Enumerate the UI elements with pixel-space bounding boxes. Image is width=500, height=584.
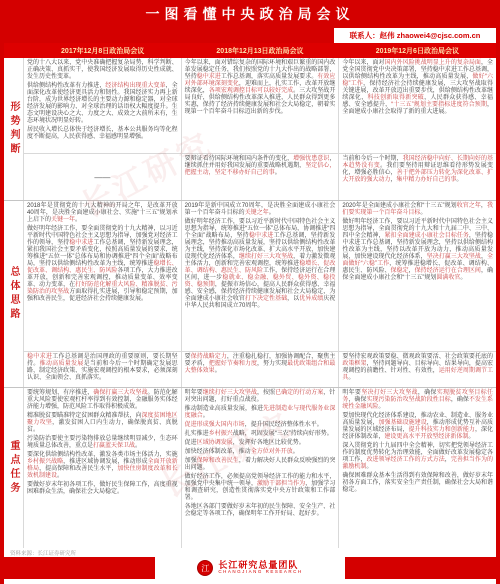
paragraph: 深入贯彻党的十九届四中全会精神，切实把党领导经济工作的制度优势转化为治理效能，全… [342, 443, 493, 471]
cell-approach-2019: 2020年是全面建成小康社会和“十三五”规划收官之年，我们要实现第一个百年奋斗目… [339, 201, 496, 387]
cell-tasks-2019: 明年要坚决打好三大攻坚战，确保实现脱贫攻坚目标任务，确保实现污染防治攻坚战阶段性… [339, 388, 496, 548]
cell-tasks-2018: 明年要继续打好三大攻坚战，按照已确定的行动方案，针对突出问题，打好重点战役。推动… [182, 388, 340, 548]
cell-main-text: 今年以来，面对错综复杂的国际环境和艰巨繁重的国内改革发展稳定任务，我们按照党的十… [182, 58, 339, 153]
cell-main-text: 明年要坚决打好三大攻坚战，确保实现脱贫攻坚目标任务，确保实现污染防治攻坚战阶段性… [339, 388, 496, 497]
paragraph: 2019年是新中国成立70周年，是决胜全面建成小康社会第一个百年奋斗目标的关键之… [185, 203, 336, 217]
cell-sub-text: 当前和今后一个时期，我国经济稳中向好、长期向好的基本趋势没有变。我们要坚持用辩证… [339, 153, 496, 200]
paragraph: 各地区各部门要做好岁末年初的民生保障、安全生产、社会稳定等各项工作，确保明年工作… [185, 504, 336, 518]
paragraph: 做好经济工作，必须提高党领导经济工作的能力和水平，加强党中央集中统一领导，激励干… [185, 474, 336, 502]
cell-main-text: 要统筹规划、有序推进，确保打赢三大攻坚战。防范化解重大风险要使宏观杠杆率得到有效… [24, 388, 181, 499]
cell-main-text: 党的十八大以来，党中央准确把握复杂局势，科学判断、正确决策、真抓实干，使我国经济… [24, 58, 181, 153]
cell-tasks-2017: 要统筹规划、有序推进，确保打赢三大攻坚战。防范化解重大风险要使宏观杠杆率得到有效… [24, 388, 182, 548]
paragraph: 精准脱贫要瞄准特定贫困群众精准帮扶，向深度贫困地区聚力攻坚，激发贫困人口内生动力… [27, 413, 178, 434]
paragraph: 促进区域协调发展，发挥好各地区比较优势。 [185, 440, 336, 447]
paragraph: 推动制造业高质量发展，推进先进制造业与现代服务业深度融合。 [185, 406, 336, 420]
paragraph: 稳中求进工作总基调是治国理政的重要原则，要长期坚持。推动高质量发展是当前和今后一… [27, 354, 178, 382]
contact-bar: 联系人：赵伟 zhaowei4@cjsc.com.cn [4, 28, 496, 43]
contact-info: 联系人：赵伟 zhaowei4@cjsc.com.cn [334, 28, 496, 43]
row-situation: 形势判断 党的十八大以来，党中央准确把握复杂局势，科学判断、正确决策、真抓实干，… [4, 58, 496, 201]
paragraph: 居民收入增长总体快于经济增长，基本公共服务均等化程度不断提高，人民获得感、幸福感… [27, 127, 178, 141]
cell-main-text: 2019年是新中国成立70周年，是决胜全面建成小康社会第一个百年奋斗目标的关键之… [182, 201, 339, 351]
cell-situation-2018: 今年以来，面对错综复杂的国际环境和艰巨繁重的国内改革发展稳定任务，我们按照党的十… [182, 58, 340, 200]
cell-approach-2017: 2018年是贯彻党的十九大精神的开局之年，是改革开放40周年，是决胜全面建成小康… [24, 201, 182, 387]
cell-main-text: 2020年是全面建成小康社会和“十三五”规划收官之年，我们要实现第一个百年奋斗目… [339, 201, 496, 351]
paragraph: 做好明年经济工作，要全面贯彻党的十九大精神，以习近平新时代中国特色社会主义思想为… [27, 226, 178, 303]
paragraph: 当前和今后一个时期，我国经济稳中向好、长期向好的基本趋势没有变。我们要坚持用辩证… [342, 156, 493, 184]
cell-situation-2019: 今年以来，面对国内外风险挑战明显上升的复杂局面，全党全国贯彻党中央决策部署，坚持… [339, 58, 496, 200]
brand-name-en: CHANGJIANG RESEARCH [218, 570, 302, 575]
paragraph: 明年要坚决打好三大攻坚战，确保实现脱贫攻坚目标任务，确保实现污染防治攻坚战阶段性… [342, 390, 493, 411]
footer-red-left [4, 557, 155, 579]
row-key-tasks: 重点任务 要统筹规划、有序推进，确保打赢三大攻坚战。防范化解重大风险要使宏观杠杆… [4, 388, 496, 548]
red-filler [4, 28, 334, 43]
column-header-2019: 2019年12月6日政治局会议 [339, 43, 496, 58]
paragraph: 今年以来，面对错综复杂的国际环境和艰巨繁重的国内改革发展稳定任务，我们按照党的十… [185, 60, 336, 116]
paragraph: 党的十八大以来，党中央准确把握复杂局势，科学判断、正确决策、真抓实干，使我国经济… [27, 60, 178, 81]
paragraph: 2020年是全面建成小康社会和“十三五”规划收官之年，我们要实现第一个百年奋斗目… [342, 203, 493, 217]
changjiang-emblem-icon: 江 [197, 560, 213, 576]
row-overall-approach: 总体思路 2018年是贯彻党的十九大精神的开局之年，是改革开放40周年，是决胜全… [4, 201, 496, 388]
cell-sub-text: 要保持战略定力，注重稳扎稳打，加强协调配合，聚焦主要矛盾，把握好节奏和力度，努力… [182, 351, 339, 387]
paragraph: 做好明年经济工作，要以习近平新时代中国特色社会主义思想为指导，统筹推进“五位一体… [185, 219, 336, 310]
paragraph: 扎实推进乡村振兴战略，巩固发展“三农”持续向好形势。 [185, 431, 336, 438]
brand-logo: 江 长江研究总量团队 CHANGJIANG RESEARCH [155, 557, 345, 579]
paragraph: 加快经济体制改革，推动全方位对外开放。 [185, 449, 336, 456]
paragraph: 供给侧结构性改革有力推进，经济结构出现重大变革，全面深化改革使经济更具活力和韧性… [27, 83, 178, 125]
cell-sub-text: 要坚持宏观政策要稳、微观政策要活、社会政策要托底的政策框架，坚持问题导向、目标导… [339, 351, 496, 387]
column-header-2017: 2017年12月8日政治局会议 [24, 43, 181, 58]
cell-sub-text: 要辩证看待国际环境和国内条件的变化，增强忧患意识，继续抓住并用好我国发展的重要战… [182, 153, 339, 200]
paragraph: 要做好岁末年初各项工作，做好民生保障工作，高度重视困难群众生活，确保社会大局稳定… [27, 482, 178, 496]
paragraph: 污染防治要使主要污染物排放总量继续明显减少，生态环境质量总体改善，重点是打赢蓝天… [27, 436, 178, 450]
paragraph: 确保困难群众基本生活得到有效保障和改善，做好岁末年初各方面工作，落实安全生产责任… [342, 473, 493, 494]
cell-sub-text: 稳中求进工作总基调是治国理政的重要原则，要长期坚持。推动高质量发展是当前和今后一… [24, 351, 181, 387]
label-column-spacer [4, 43, 24, 58]
paragraph: 要加快现代化经济体系建设，推动农业、制造业、服务业高质量发展，加强基础设施建设，… [342, 413, 493, 441]
paragraph: 促进形成强大国内市场，提升国民经济整体性水平。 [185, 422, 336, 429]
paragraph: 要辩证看待国际环境和国内条件的变化，增强忧患意识，继续抓住并用好我国发展的重要战… [185, 156, 336, 177]
paragraph: 做好明年经济工作，要以习近平新时代中国特色社会主义思想为指导，全面贯彻党的十九大… [342, 219, 493, 282]
paragraph: 今年以来，面对国内外风险挑战明显上升的复杂局面，全党全国贯彻党中央决策部署，坚持… [342, 60, 493, 116]
column-header-row: 2017年12月8日政治局会议 2018年12月13日政治局会议 2019年12… [4, 43, 496, 58]
paragraph: 要保持战略定力，注重稳扎稳打，加强协调配合，聚焦主要矛盾，把握好节奏和力度，努力… [185, 354, 336, 375]
row-label-key-tasks: 重点任务 [4, 388, 24, 548]
cell-main-text: 2018年是贯彻党的十九大精神的开局之年，是改革开放40周年，是决胜全面建成小康… [24, 201, 181, 351]
comparison-table: 形势判断 党的十八大以来，党中央准确把握复杂局势，科学判断、正确决策、真抓实干，… [4, 58, 496, 548]
paragraph: 加强保障和改善民生，着力解决好人民群众反映强烈的突出问题。 [185, 458, 336, 472]
cell-main-text: 明年要继续打好三大攻坚战，按照已确定的行动方案，针对突出问题，打好重点战役。推动… [182, 388, 339, 521]
column-header-2018: 2018年12月13日政治局会议 [181, 43, 338, 58]
infographic-page: 长江研究 长江研究 一图看懂中央政治局会议 联系人：赵伟 zhaowei4@cj… [0, 0, 500, 584]
paragraph: 要坚持宏观政策要稳、微观政策要活、社会政策要托底的政策框架，坚持问题导向、目标导… [342, 354, 493, 382]
cell-sub-dash: —— [24, 153, 181, 200]
paragraph: 明年要继续打好三大攻坚战，按照已确定的行动方案，针对突出问题，打好重点战役。 [185, 390, 336, 404]
cell-main-text: 今年以来，面对国内外风险挑战明显上升的复杂局面，全党全国贯彻党中央决策部署，坚持… [339, 58, 496, 153]
cell-situation-2017: 党的十八大以来，党中央准确把握复杂局势，科学判断、正确决策、真抓实干，使我国经济… [24, 58, 182, 200]
cell-approach-2018: 2019年是新中国成立70周年，是决胜全面建成小康社会第一个百年奋斗目标的关键之… [182, 201, 340, 387]
paragraph: 要统筹规划、有序推进，确保打赢三大攻坚战。防范化解重大风险要使宏观杠杆率得到有效… [27, 390, 178, 411]
row-label-overall-approach: 总体思路 [4, 201, 24, 387]
brand-logo-text: 长江研究总量团队 CHANGJIANG RESEARCH [218, 561, 302, 576]
page-title: 一图看懂中央政治局会议 [4, 0, 496, 28]
footer-red-right [345, 557, 496, 579]
footer-bar: 江 长江研究总量团队 CHANGJIANG RESEARCH [4, 557, 496, 579]
paragraph: 2018年是贯彻党的十九大精神的开局之年，是改革开放40周年，是决胜全面建成小康… [27, 203, 178, 224]
row-label-situation: 形势判断 [4, 58, 24, 200]
source-note: 资料来源：长江证券研究所 [4, 548, 496, 557]
paragraph: 要深化供给侧结构性改革，激发各类市场主体活力，实施乡村振兴战略，推进区域协调发展… [27, 452, 178, 480]
